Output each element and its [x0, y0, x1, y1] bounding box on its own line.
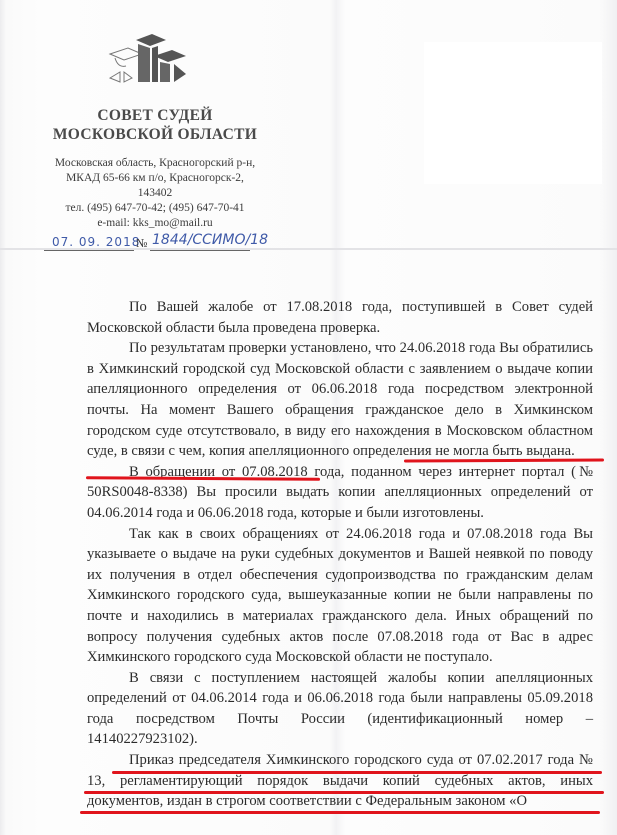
- council-logo-icon: [102, 34, 197, 94]
- highlight-underline: [80, 811, 600, 814]
- highlight-underline: [112, 771, 602, 774]
- registration-number: 1844/ССИМО/18: [152, 232, 268, 248]
- org-name-line2: МОСКОВСКОЙ ОБЛАСТИ: [40, 126, 270, 144]
- address-line: Московская область, Красногорский р-н,: [30, 156, 280, 171]
- paragraph: По результатам проверки установлено, что…: [87, 338, 593, 462]
- paragraph: По Вашей жалобе от 17.08.2018 года, пост…: [87, 297, 593, 338]
- scanned-letter: СОВЕТ СУДЕЙ МОСКОВСКОЙ ОБЛАСТИ Московска…: [0, 0, 617, 835]
- redacted-area: [424, 42, 602, 184]
- paragraph: Приказ председателя Химкинского городско…: [87, 750, 593, 812]
- date-underline: [44, 250, 134, 251]
- address-phone: тел. (495) 647-70-42; (495) 647-70-41: [30, 201, 280, 216]
- address-email: e-mail: kks_mo@mail.ru: [30, 216, 280, 231]
- letter-body: По Вашей жалобе от 17.08.2018 года, пост…: [87, 297, 593, 812]
- number-underline: [150, 250, 250, 251]
- org-name-line1: СОВЕТ СУДЕЙ: [40, 107, 270, 125]
- address-line: МКАД 65-66 км п/о, Красногорск-2,: [30, 171, 280, 186]
- address-postcode: 143402: [30, 186, 280, 201]
- highlight-underline: [84, 791, 604, 794]
- paragraph: В обращении от 07.08.2018 года, поданном…: [87, 462, 593, 524]
- paragraph: В связи с поступлением настоящей жалобы …: [87, 668, 593, 750]
- registration-date: 07. 09. 2018: [52, 235, 140, 249]
- registration-number-label: №: [136, 236, 147, 251]
- paragraph: Так как в своих обращениях от 24.06.2018…: [87, 524, 593, 668]
